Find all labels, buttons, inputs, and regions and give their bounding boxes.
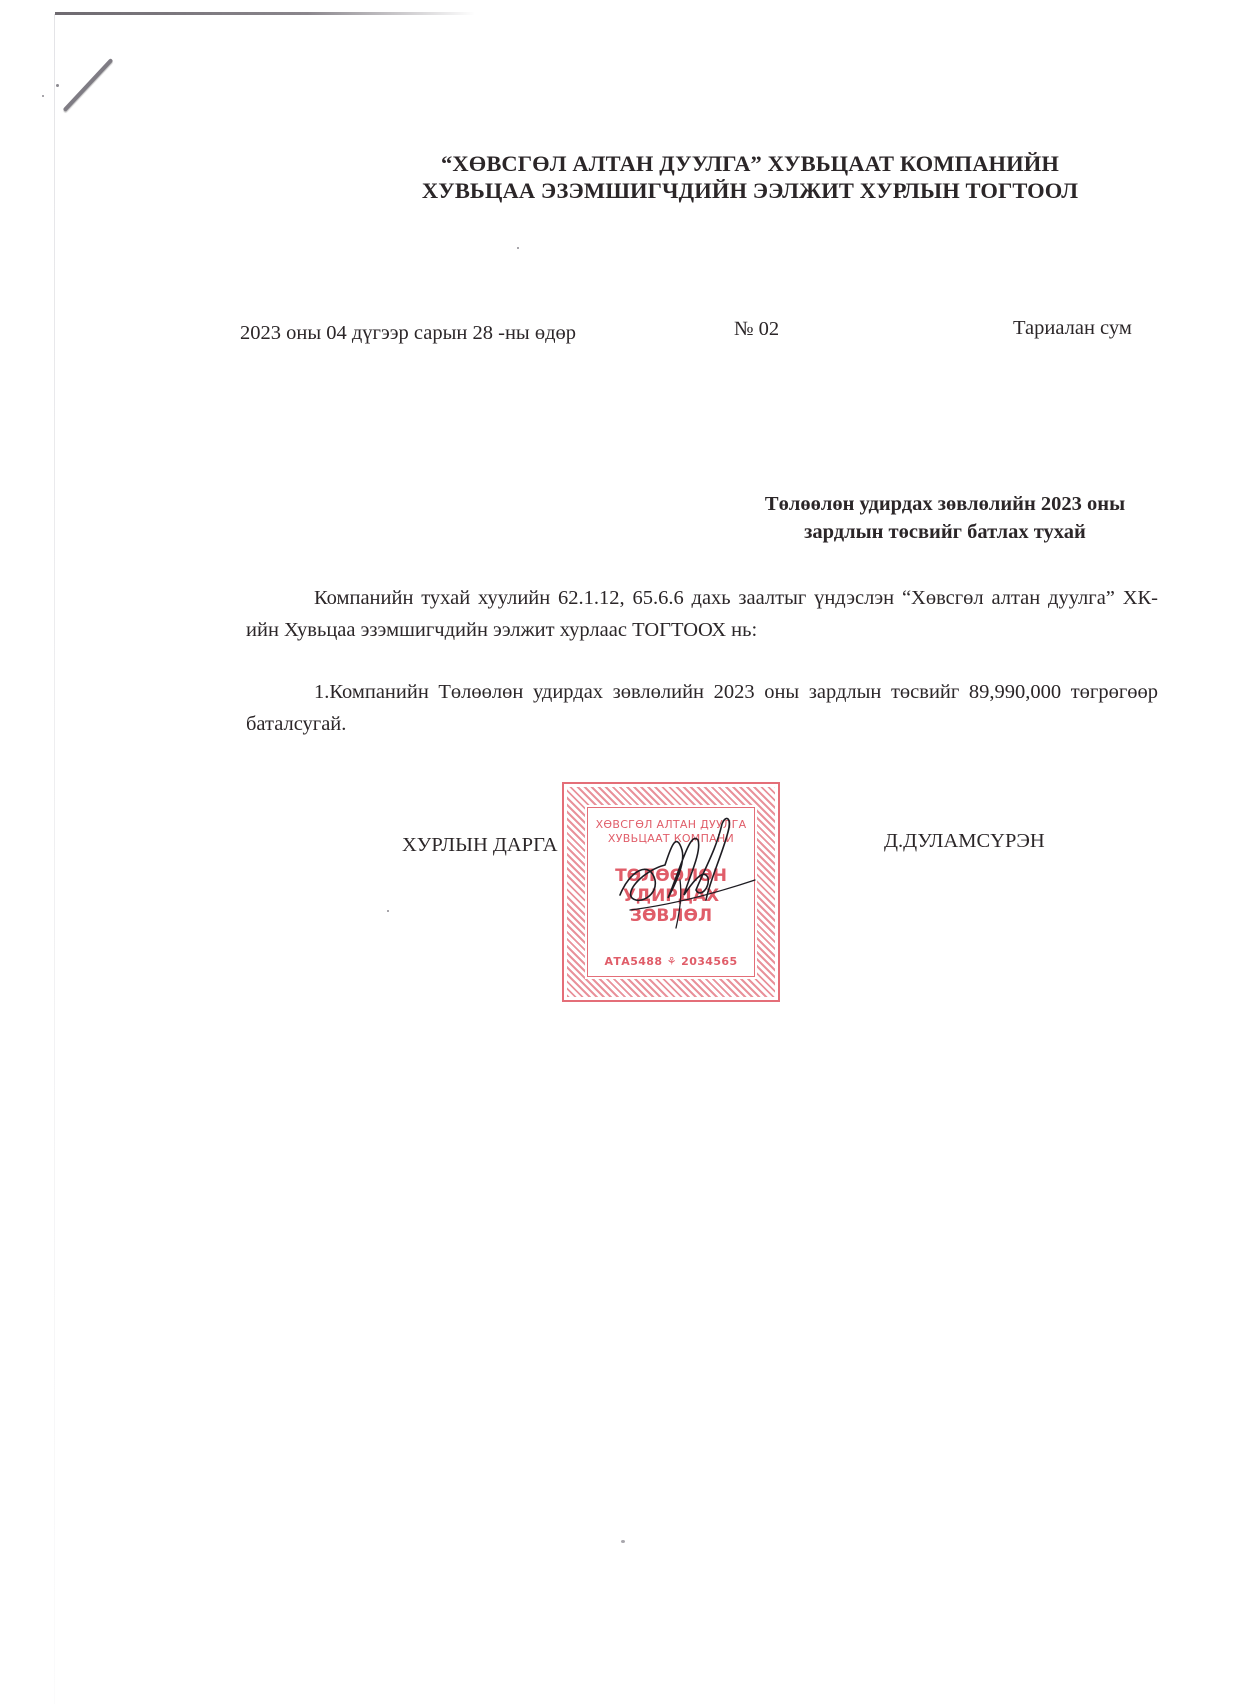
scan-speck [621,1540,625,1543]
scan-speck [56,84,59,87]
signatory-name: Д.ДУЛАМСҮРЭН [884,830,1045,853]
staple-mark [63,58,114,112]
handwritten-signature [610,810,760,930]
document-place: Тариалан сум [1013,317,1132,340]
subject-line-1: Төлөөлөн удирдах зөвлөлийн 2023 оны [720,490,1170,518]
page-edge-top [55,12,475,15]
paragraph-preamble: Компанийн тухай хуулийн 62.1.12, 65.6.6 … [246,582,1158,646]
page-edge-left [54,14,55,1704]
document-date: 2023 оны 04 дүгээр сарын 28 -ны өдөр [240,322,576,345]
title-line-2: ХУВЬЦАА ЭЗЭМШИГЧДИЙН ЭЭЛЖИТ ХУРЛЫН ТОГТО… [330,177,1170,204]
subject-line-2: зардлын төсвийг батлах тухай [720,518,1170,546]
scan-speck [387,910,389,912]
scan-speck [42,95,44,97]
document-title: “ХӨВСГӨЛ АЛТАН ДУУЛГА” ХУВЬЦААТ КОМПАНИЙ… [330,150,1170,204]
document-number: № 02 [734,318,779,341]
scan-speck [517,247,519,249]
signatory-title: ХУРЛЫН ДАРГА [402,834,558,857]
paragraph-resolution-1: 1.Компанийн Төлөөлөн удирдах зөвлөлийн 2… [246,676,1158,740]
document-subject: Төлөөлөн удирдах зөвлөлийн 2023 оны зард… [720,490,1170,546]
stamp-registration-code: АТА5488 ⚘ 2034565 [588,955,754,968]
title-line-1: “ХӨВСГӨЛ АЛТАН ДУУЛГА” ХУВЬЦААТ КОМПАНИЙ… [330,150,1170,177]
